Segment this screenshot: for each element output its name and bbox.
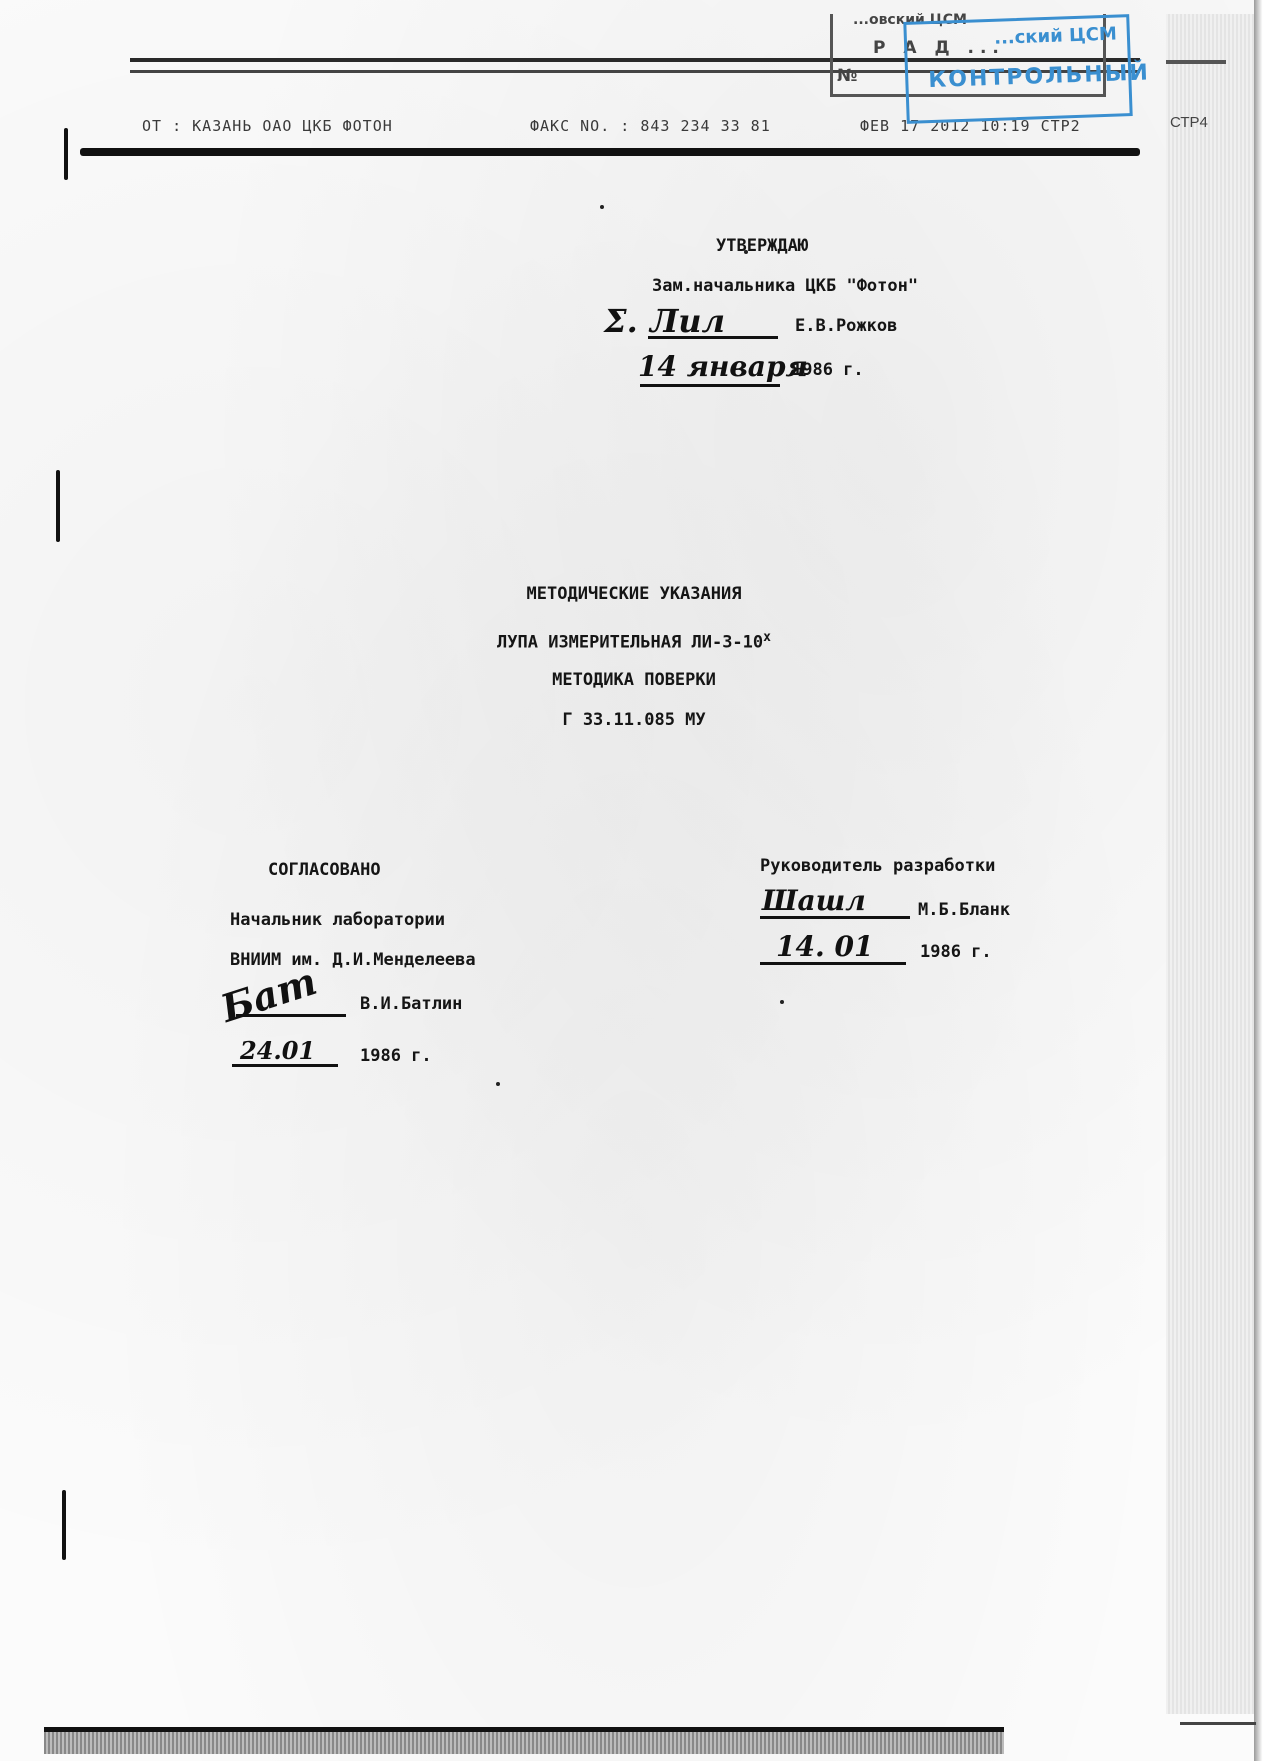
developer-name: М.Б.Бланк <box>918 900 1010 920</box>
signature-line <box>648 336 778 339</box>
approval-position: Зам.начальника ЦКБ "Фотон" <box>652 276 918 296</box>
approval-signature-prefix: Σ. <box>604 302 638 340</box>
second-sheet-edge <box>1166 14 1254 1714</box>
margin-mark <box>62 1490 66 1560</box>
scan-speck <box>496 1082 500 1086</box>
fax-number: ФАКС NO. : 843 234 33 81 <box>530 117 771 135</box>
scan-speck <box>780 1000 784 1004</box>
developer-heading: Руководитель разработки <box>760 856 995 876</box>
fax-page: СТР2 <box>1041 117 1081 135</box>
signature-line <box>236 1014 346 1017</box>
approval-heading: УТВЕРЖДАЮ <box>716 236 808 256</box>
document-code: Г 33.11.085 МУ <box>0 710 1268 730</box>
instrument-name-text: ЛУПА ИЗМЕРИТЕЛЬНАЯ ЛИ-3-10 <box>497 633 763 653</box>
control-copy-stamp: ...ский ЦСМ КОНТРОЛЬНЫЙ <box>903 14 1132 124</box>
agreed-position-1: Начальник лаборатории <box>230 910 445 930</box>
document-subtitle: МЕТОДИКА ПОВЕРКИ <box>0 670 1268 690</box>
side-page-number: СТР4 <box>1170 114 1208 131</box>
signature-line <box>760 916 910 919</box>
margin-mark <box>56 470 60 542</box>
magnification-mark: x <box>763 630 771 645</box>
developer-signature: Шашл <box>762 884 866 917</box>
stamp-org: ...ский ЦСМ <box>994 24 1117 49</box>
second-sheet-rule <box>1166 60 1226 64</box>
second-sheet-bottom-edge <box>1180 1722 1256 1725</box>
developer-year: 1986 г. <box>920 942 992 962</box>
document-type: МЕТОДИЧЕСКИЕ УКАЗАНИЯ <box>0 584 1268 604</box>
date-line <box>640 384 780 387</box>
agreed-date-handwritten: 24.01 <box>240 1036 315 1065</box>
scan-speck <box>744 250 748 254</box>
agreed-position-2: ВНИИМ им. Д.И.Менделеева <box>230 950 476 970</box>
fax-sender: ОТ : КАЗАНЬ ОАО ЦКБ ФОТОН <box>142 117 393 135</box>
fax-header-rule-bottom <box>80 148 1140 156</box>
margin-mark <box>64 128 68 180</box>
approval-year: 1986 г. <box>792 360 864 380</box>
agreed-name: В.И.Батлин <box>360 994 462 1014</box>
date-line <box>232 1064 338 1067</box>
developer-date-handwritten: 14. 01 <box>776 930 873 963</box>
agreed-year: 1986 г. <box>360 1046 432 1066</box>
scan-edge <box>1254 0 1268 1761</box>
stamp-control-label: КОНТРОЛЬНЫЙ <box>928 60 1150 93</box>
approver-name: Е.В.Рожков <box>795 316 897 336</box>
approval-signature: Лил <box>650 302 725 340</box>
stamp-number-label: № <box>837 66 857 86</box>
approval-date-handwritten: 14 января <box>638 350 808 383</box>
scanned-page <box>0 0 1268 1761</box>
scan-speck <box>600 205 604 209</box>
instrument-name: ЛУПА ИЗМЕРИТЕЛЬНАЯ ЛИ-3-10x <box>0 630 1268 653</box>
agreed-heading: СОГЛАСОВАНО <box>268 860 381 880</box>
scan-bottom-edge <box>44 1727 1004 1754</box>
date-line <box>760 962 906 965</box>
